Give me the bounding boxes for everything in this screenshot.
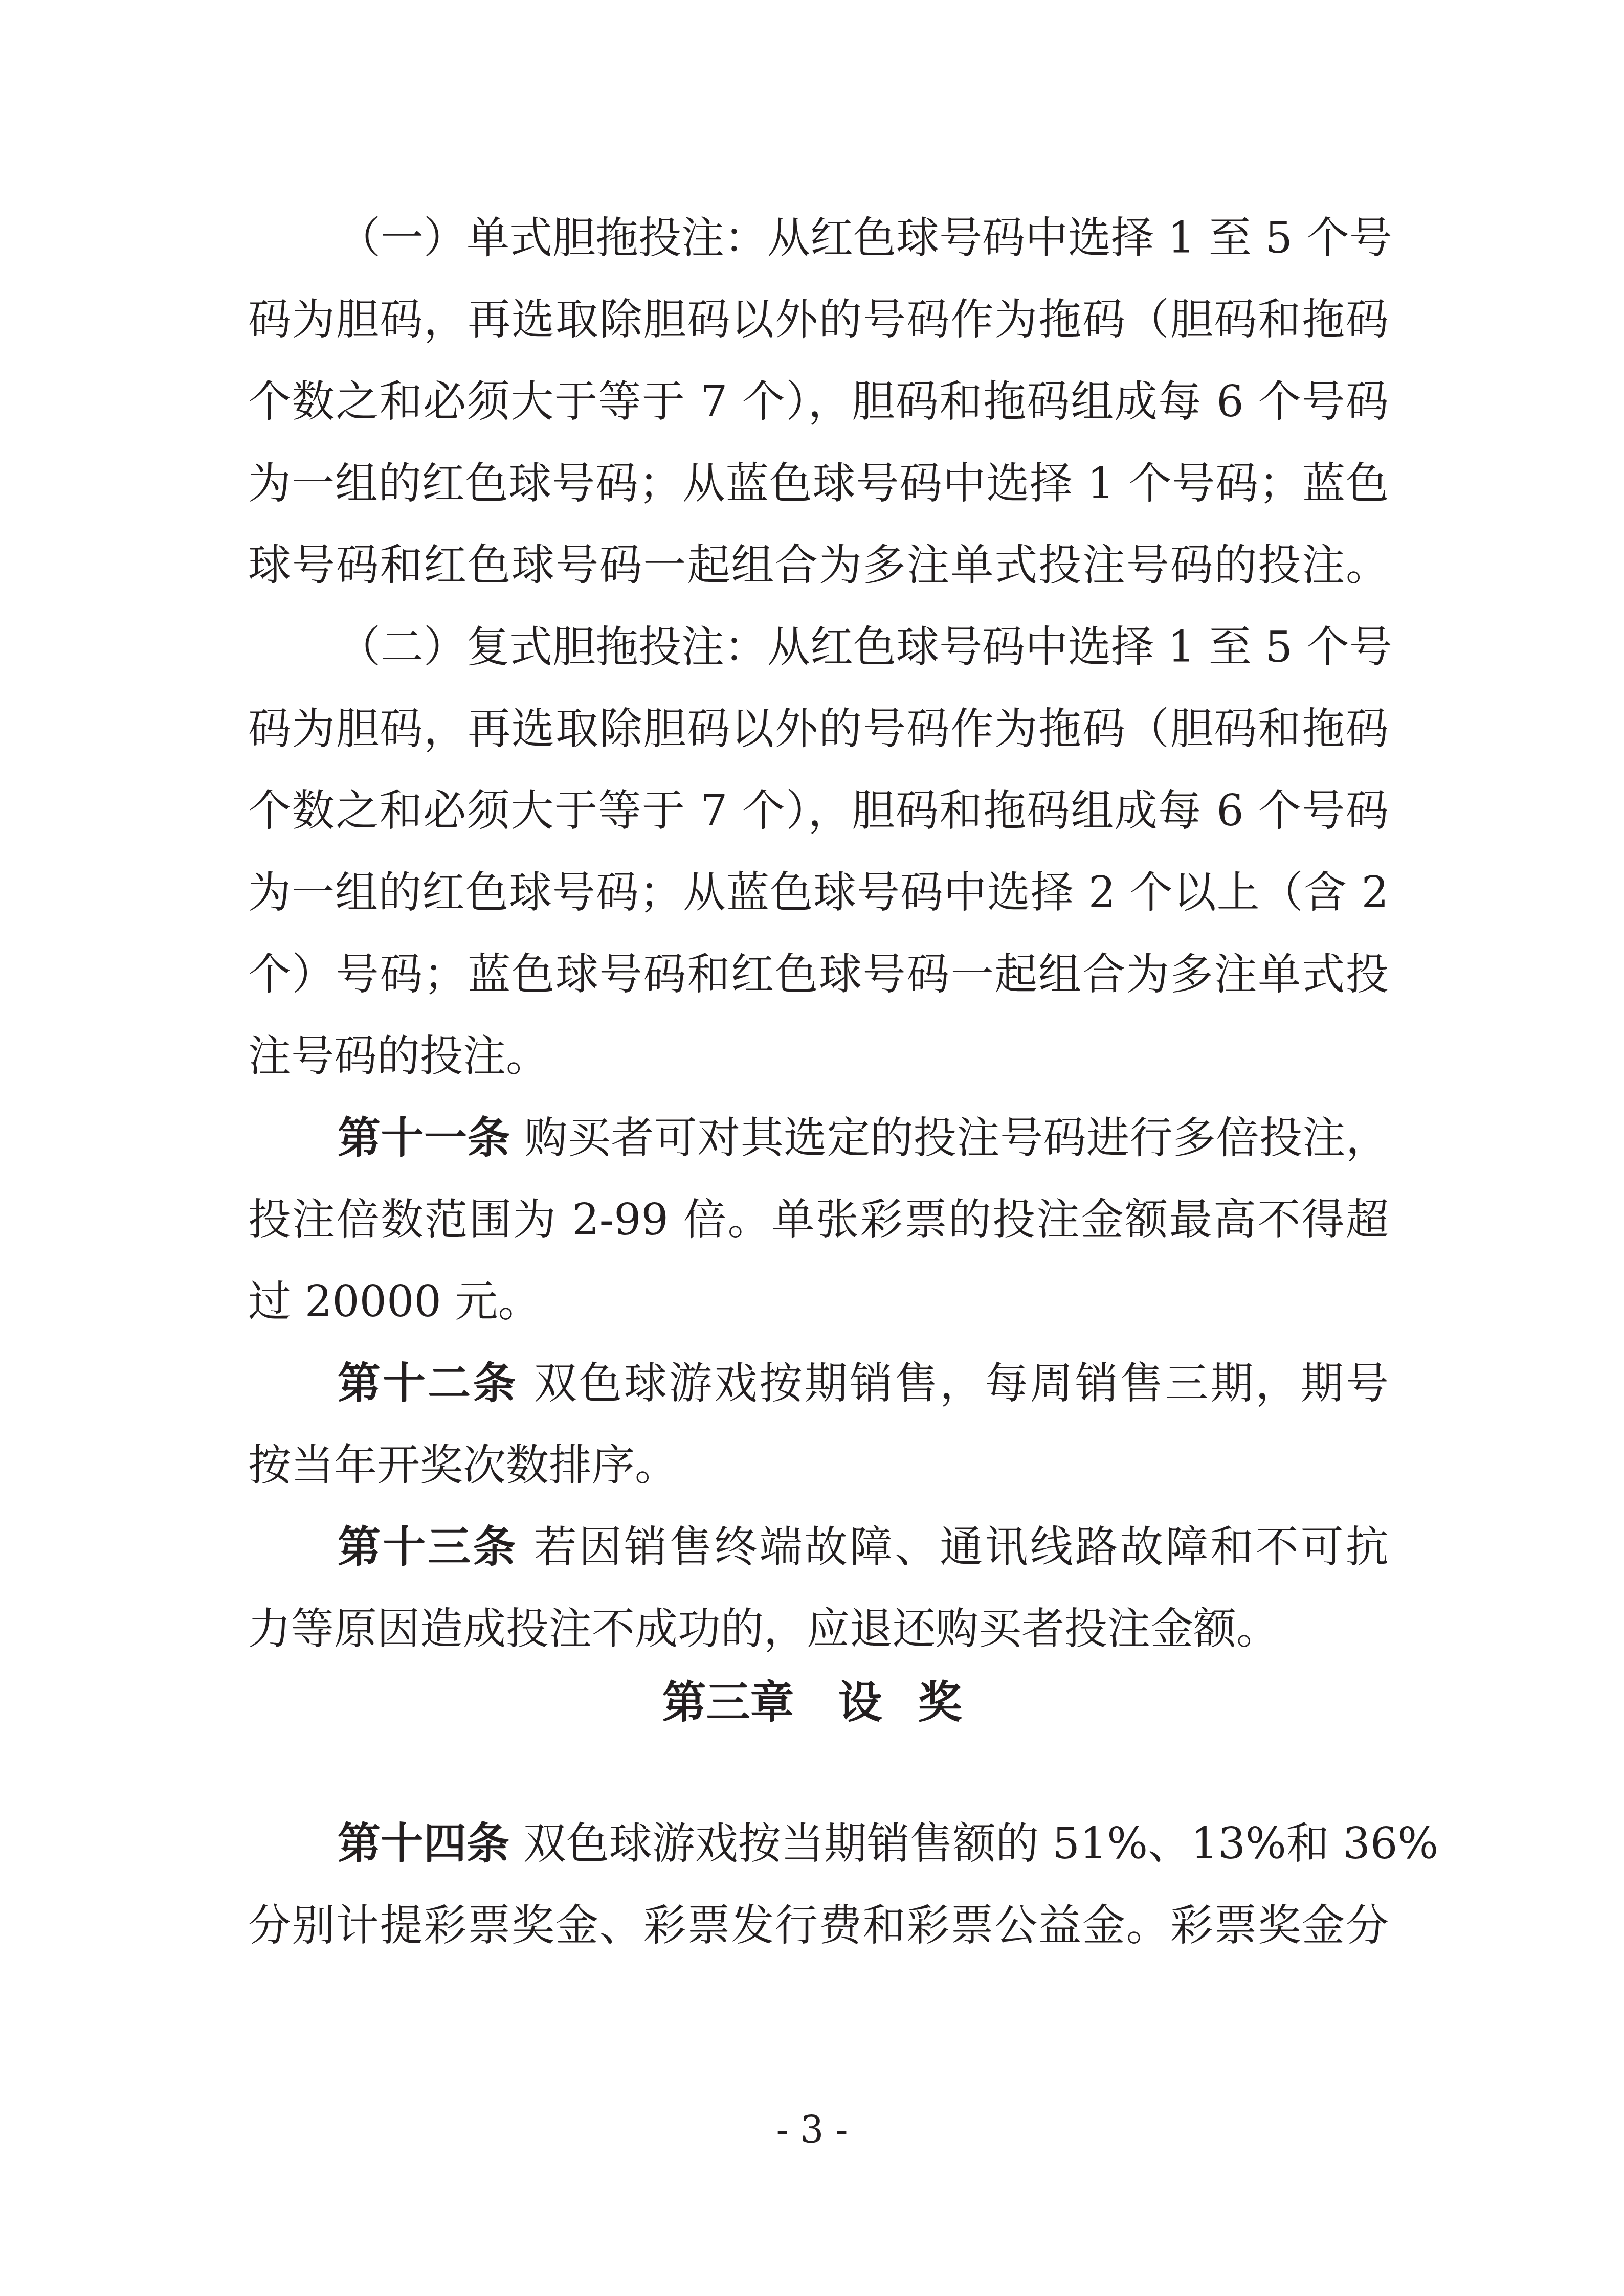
text-line: 球号码和红色球号码一起组合为多注单式投注号码的投注。 (248, 539, 1389, 591)
chapter-heading: 第三章 设 奖 (0, 1677, 1624, 1728)
article-title: 第十二条 (338, 1358, 518, 1408)
text-line: 分别计提彩票奖金、彩票发行费和彩票公益金。彩票奖金分 (248, 1900, 1389, 1951)
article-title: 第十四条 (338, 1818, 509, 1869)
text-line: 为一组的红色球号码；从蓝色球号码中选择 1 个号码；蓝色 (248, 458, 1389, 509)
text-line: 投注倍数范围为 2-99 倍。单张彩票的投注金额最高不得超 (248, 1194, 1389, 1245)
text-line: 第十三条 若因销售终端故障、通讯线路故障和不可抗 (338, 1521, 1389, 1572)
text-line: 码为胆码，再选取除胆码以外的号码作为拖码（胆码和拖码 (248, 294, 1389, 345)
page-number: - 3 - (0, 2107, 1624, 2153)
text-line: 个数之和必须大于等于 7 个），胆码和拖码组成每 6 个号码 (248, 785, 1389, 836)
article-title: 第十三条 (338, 1522, 518, 1572)
text-line: 个数之和必须大于等于 7 个），胆码和拖码组成每 6 个号码 (248, 376, 1389, 427)
article-text: 若因销售终端故障、通讯线路故障和不可抗 (534, 1522, 1389, 1572)
article-text: 双色球游戏按期销售，每周销售三期，期号 (534, 1358, 1389, 1408)
document-page: （一）单式胆拖投注：从红色球号码中选择 1 至 5 个号 码为胆码，再选取除胆码… (0, 0, 1624, 2296)
text-line: 第十四条 双色球游戏按当期销售额的 51%、13%和 36% (338, 1818, 1389, 1869)
text-line: （一）单式胆拖投注：从红色球号码中选择 1 至 5 个号 (338, 212, 1389, 263)
text-line: 过 20000 元。 (248, 1276, 1389, 1327)
text-line: 码为胆码，再选取除胆码以外的号码作为拖码（胆码和拖码 (248, 703, 1389, 754)
article-text: 双色球游戏按当期销售额的 51%、13%和 36% (523, 1818, 1439, 1869)
text-line: 第十一条 购买者可对其选定的投注号码进行多倍投注， (338, 1112, 1389, 1163)
article-text: 购买者可对其选定的投注号码进行多倍投注， (524, 1113, 1389, 1163)
text-line: （二）复式胆拖投注：从红色球号码中选择 1 至 5 个号 (338, 621, 1389, 672)
text-line: 为一组的红色球号码；从蓝色球号码中选择 2 个以上（含 2 (248, 867, 1389, 918)
text-line: 注号码的投注。 (248, 1030, 1389, 1082)
text-line: 力等原因造成投注不成功的，应退还购买者投注金额。 (248, 1603, 1389, 1654)
text-line: 个）号码；蓝色球号码和红色球号码一起组合为多注单式投 (248, 949, 1389, 1000)
article-title: 第十一条 (338, 1113, 510, 1163)
text-line: 按当年开奖次数排序。 (248, 1439, 1389, 1491)
text-line: 第十二条 双色球游戏按期销售，每周销售三期，期号 (338, 1358, 1389, 1409)
